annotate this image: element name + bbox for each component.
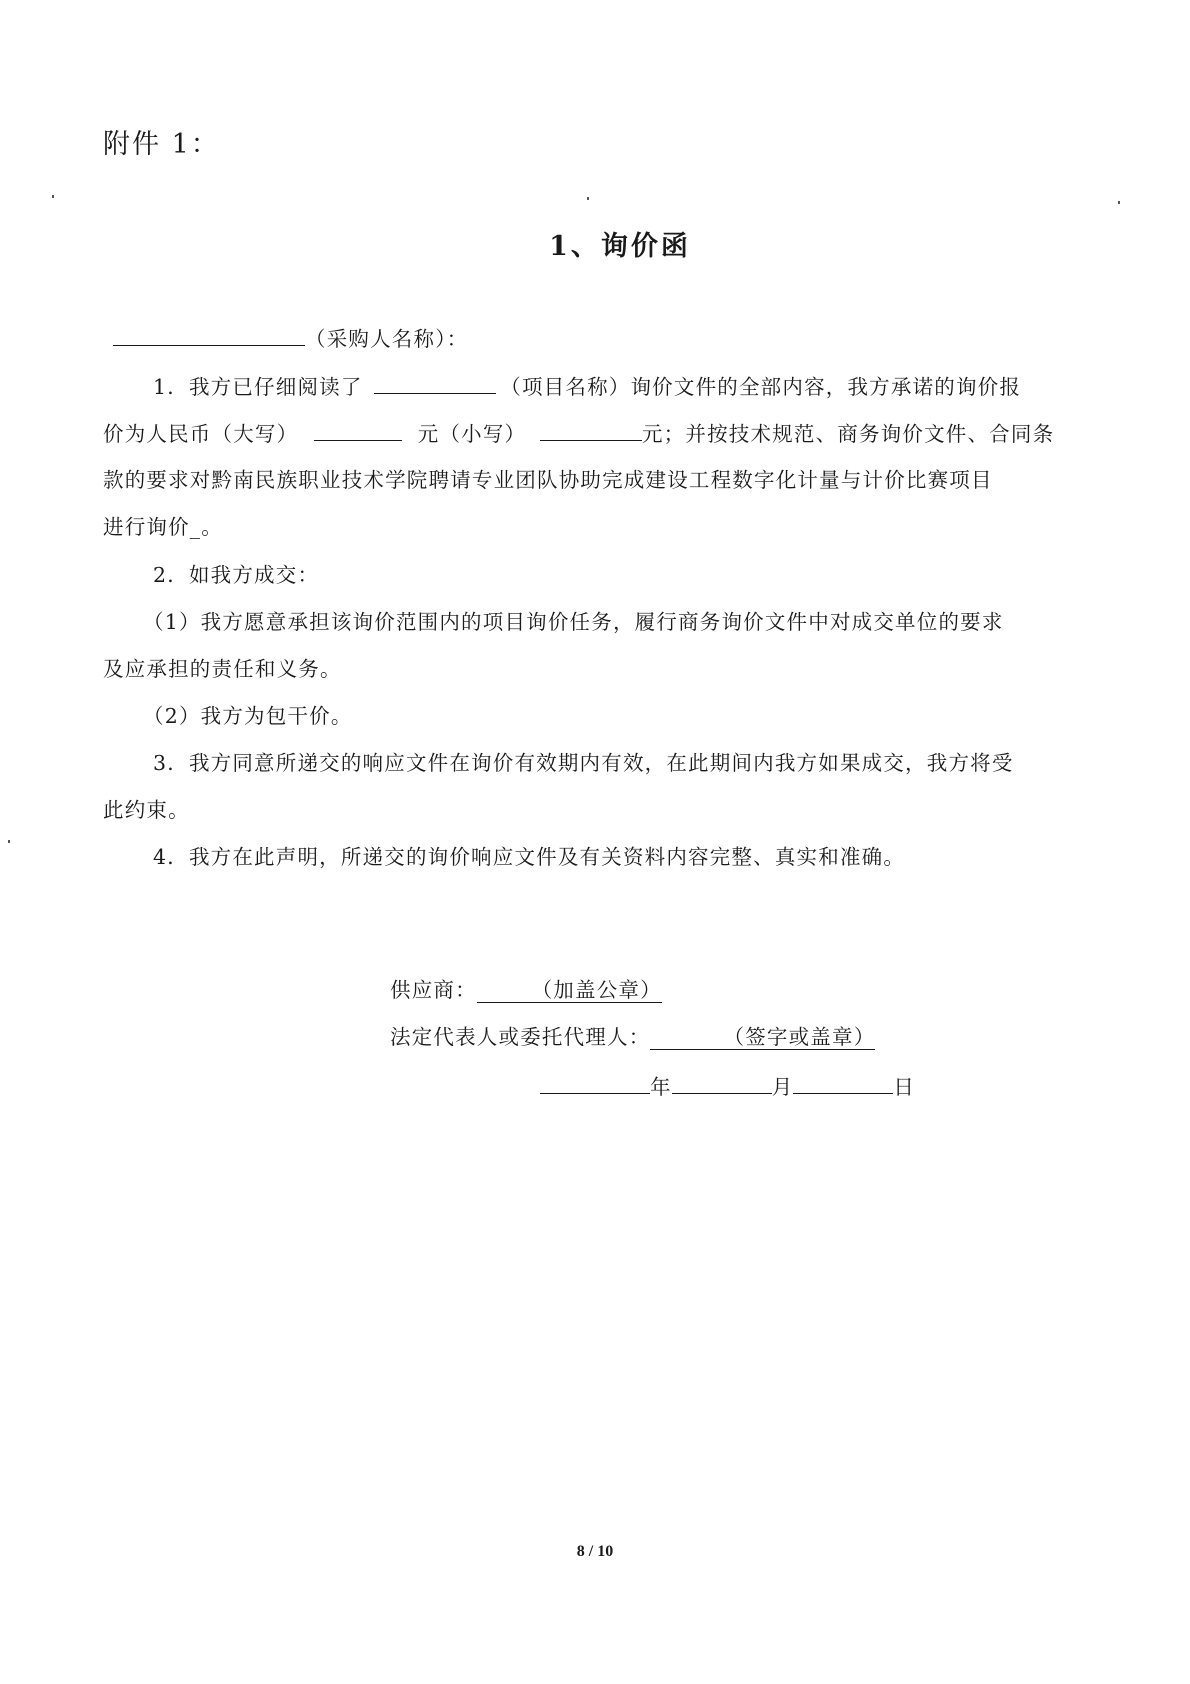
representative-sign-field[interactable]: （签字或盖章） xyxy=(650,1027,875,1050)
document-title: 1、询价函 xyxy=(0,224,1190,263)
scan-speck xyxy=(52,195,54,198)
year-blank[interactable] xyxy=(540,1075,650,1094)
para4: 4．我方在此声明，所递交的询价响应文件及有关资料内容完整、真实和准确。 xyxy=(153,847,905,868)
purchaser-name-blank[interactable] xyxy=(113,327,305,346)
supplier-seal-hint: （加盖公章） xyxy=(532,978,662,1002)
month-blank[interactable] xyxy=(672,1075,772,1094)
page-number: 8 / 10 xyxy=(0,1543,1190,1561)
para1-line2-rest: 元；并按技术规范、商务询价文件、合同条 xyxy=(642,422,1054,446)
para2-heading: 2．如我方成交： xyxy=(153,565,319,586)
para2-item2: （2）我方为包干价。 xyxy=(143,706,353,727)
para1-line1-rest: （项目名称）询价文件的全部内容，我方承诺的询价报 xyxy=(500,375,1021,399)
date-line: 年月日 xyxy=(540,1075,915,1098)
para1-prefix: 1．我方已仔细阅读了 xyxy=(153,375,363,399)
para3-line2: 此约束。 xyxy=(103,800,190,821)
para3-line1: 3．我方同意所递交的响应文件在询价有效期内有效，在此期间内我方如果成交，我方将受 xyxy=(153,753,1014,774)
scan-speck xyxy=(8,840,10,843)
supplier-label: 供应商： xyxy=(390,978,477,1002)
para1-line4: 进行询价_。 xyxy=(103,517,223,538)
price-upper-label: 价为人民币（大写） xyxy=(103,422,298,446)
representative-label: 法定代表人或委托代理人： xyxy=(390,1025,650,1049)
scan-speck xyxy=(1118,201,1120,204)
para2-item1-line2: 及应承担的责任和义务。 xyxy=(103,659,342,680)
price-upper-blank[interactable] xyxy=(314,422,402,441)
document-page: 附件 1： 1、询价函 （采购人名称）： 1．我方已仔细阅读了 （项目名称）询价… xyxy=(0,0,1190,1684)
scan-speck xyxy=(587,197,589,200)
para2-item1-line1: （1）我方愿意承担该询价范围内的项目询价任务，履行商务询价文件中对成交单位的要求 xyxy=(143,612,1004,633)
day-label: 日 xyxy=(893,1075,915,1099)
supplier-seal-field[interactable]: （加盖公章） xyxy=(477,980,662,1003)
representative-line: 法定代表人或委托代理人：（签字或盖章） xyxy=(390,1027,875,1050)
month-label: 月 xyxy=(772,1075,794,1099)
price-lower-label: 元（小写） xyxy=(418,422,527,446)
year-label: 年 xyxy=(650,1075,672,1099)
addressee-line: （采购人名称）： xyxy=(113,327,468,350)
representative-sign-hint: （签字或盖章） xyxy=(724,1025,876,1049)
para1-line2: 价为人民币（大写） 元（小写） 元；并按技术规范、商务询价文件、合同条 xyxy=(103,422,1054,445)
supplier-line: 供应商：（加盖公章） xyxy=(390,980,662,1003)
price-lower-blank[interactable] xyxy=(540,422,642,441)
para1-line1: 1．我方已仔细阅读了 （项目名称）询价文件的全部内容，我方承诺的询价报 xyxy=(153,375,1021,398)
addressee-label: （采购人名称）： xyxy=(305,327,468,351)
para1-line3: 款的要求对黔南民族职业技术学院聘请专业团队协助完成建设工程数字化计量与计价比赛项… xyxy=(103,470,993,491)
project-name-blank[interactable] xyxy=(374,375,496,394)
annex-label: 附件 1： xyxy=(103,122,220,161)
day-blank[interactable] xyxy=(793,1075,893,1094)
